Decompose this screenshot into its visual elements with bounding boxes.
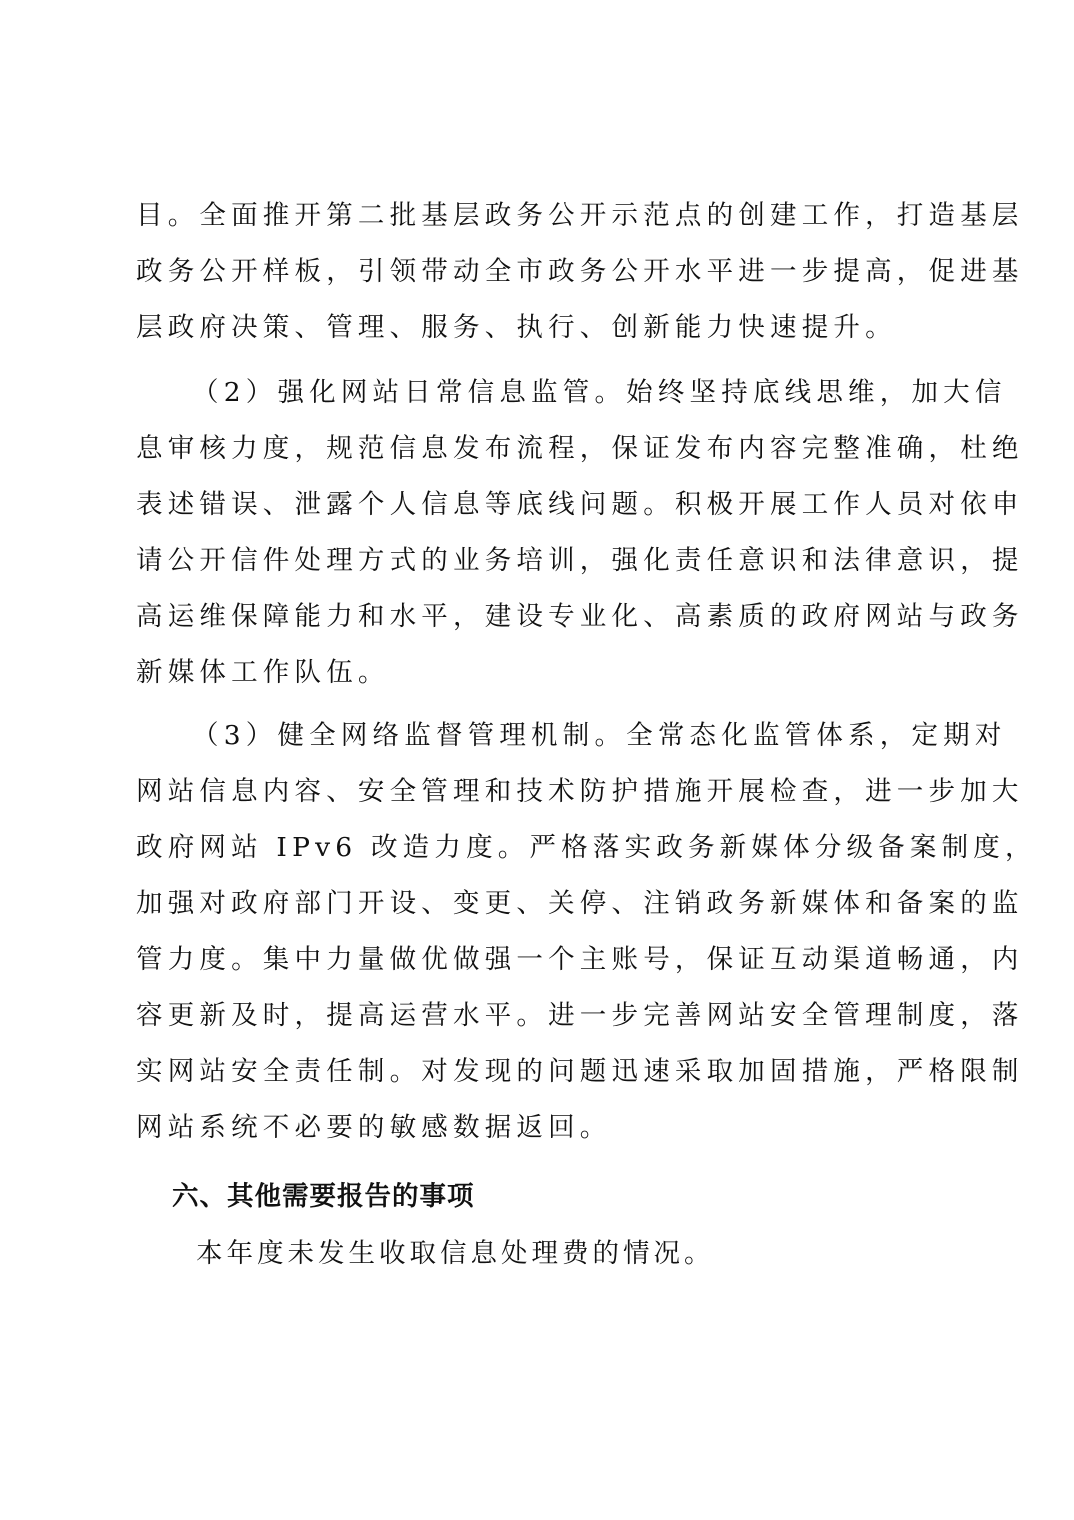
- text-line: 息审核力度，规范信息发布流程，保证发布内容完整准确，杜绝: [136, 429, 946, 469]
- text-line: （2）强化网站日常信息监管。始终坚持底线思维，加大信: [192, 373, 1002, 413]
- document-page: 目。全面推开第二批基层政务公开示范点的创建工作，打造基层 政务公开样板，引领带动…: [0, 0, 1074, 1520]
- text-line: 层政府决策、管理、服务、执行、创新能力快速提升。: [136, 308, 946, 348]
- text-line: 网站系统不必要的敏感数据返回。: [136, 1108, 946, 1148]
- text-line: 政府网站 IPv6 改造力度。严格落实政务新媒体分级备案制度，: [136, 828, 946, 868]
- text-line: 请公开信件处理方式的业务培训，强化责任意识和法律意识，提: [136, 541, 946, 581]
- text-line: 容更新及时，提高运营水平。进一步完善网站安全管理制度，落: [136, 996, 946, 1036]
- section-body: 本年度未发生收取信息处理费的情况。: [196, 1234, 715, 1274]
- section-heading: 六、其他需要报告的事项: [172, 1177, 475, 1217]
- text-line: 政务公开样板，引领带动全市政务公开水平进一步提高，促进基: [136, 252, 946, 292]
- text-line: 目。全面推开第二批基层政务公开示范点的创建工作，打造基层: [136, 196, 946, 236]
- text-line: 高运维保障能力和水平，建设专业化、高素质的政府网站与政务: [136, 597, 946, 637]
- text-line: 实网站安全责任制。对发现的问题迅速采取加固措施，严格限制: [136, 1052, 946, 1092]
- text-line: 新媒体工作队伍。: [136, 653, 946, 693]
- text-line: 表述错误、泄露个人信息等底线问题。积极开展工作人员对依申: [136, 485, 946, 525]
- text-line: 网站信息内容、安全管理和技术防护措施开展检查，进一步加大: [136, 772, 946, 812]
- text-line: 管力度。集中力量做优做强一个主账号，保证互动渠道畅通，内: [136, 940, 946, 980]
- text-line: （3）健全网络监督管理机制。全常态化监管体系，定期对: [192, 716, 1002, 756]
- text-line: 加强对政府部门开设、变更、关停、注销政务新媒体和备案的监: [136, 884, 946, 924]
